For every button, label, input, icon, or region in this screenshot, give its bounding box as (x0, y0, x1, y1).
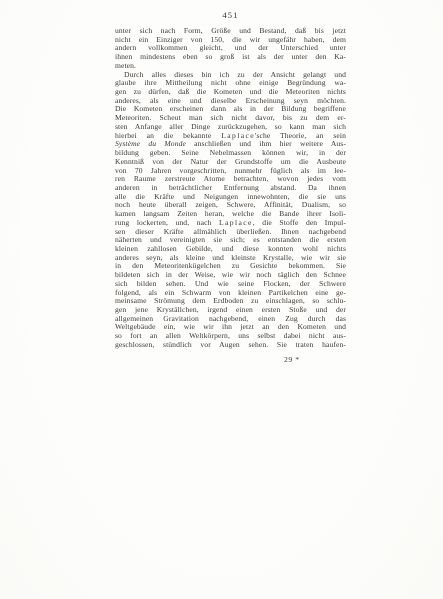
italic-book-title: Système du Monde (115, 140, 186, 148)
text-line: anderes, als eine und dieselbe Erscheinu… (115, 97, 346, 106)
text-segment: andern vollkommen gleicht, und der Unter… (115, 44, 346, 52)
text-segment: in den Meteoritenkügelchen zu Gesichte b… (115, 262, 346, 270)
text-segment: noch heute überall zeigen, Schwere, Affi… (115, 201, 346, 209)
text-segment: meinsame Strömung dem Erdboden zu einsch… (115, 297, 346, 305)
text-line: sich bilden sehen. Und wie seine Flocken… (115, 280, 346, 289)
text-line: Kenntniß von der Natur der Grundstoffe u… (115, 158, 346, 167)
text-segment: von 70 Jahren vorgeschritten, nunmehr fü… (115, 167, 346, 175)
text-segment: folgend, als ein Schwarm von kleinen Par… (115, 289, 346, 297)
text-segment: ihnen mindestens eben so groß ist als de… (115, 53, 346, 61)
text-line: allgemeinen Gravitation nachgebend, eine… (115, 315, 346, 324)
text-line: andern vollkommen gleicht, und der Unter… (115, 44, 346, 53)
text-segment: anderes seyn, als kleine und kleinste Kr… (115, 254, 346, 262)
text-segment: kleinen zahllosen Gebilde, und diese kon… (115, 245, 346, 253)
text-segment: kamen langsam Zeiten heran, welche die B… (115, 210, 346, 218)
text-line: sen dieser Kräfte allmählich überließen.… (115, 228, 346, 237)
text-segment: Kenntniß von der Natur der Grundstoffe u… (115, 158, 346, 166)
text-segment: meten. (115, 62, 136, 70)
text-line: meinsame Strömung dem Erdboden zu einsch… (115, 297, 346, 306)
text-line: ren Raume zerstreute Atome betrachten, w… (115, 175, 346, 184)
text-line: Meteoriten. Scheut man sich nicht davor,… (115, 114, 346, 123)
text-line: alle die Kräfte und Neigungen innewohnte… (115, 193, 346, 202)
text-line: Weltgebäude ein, wie wir ihn jetzt an de… (115, 323, 346, 332)
text-segment: unter sich nach Form, Größe und Bestand,… (115, 27, 346, 35)
sheet-signature: 29 * (115, 355, 346, 364)
text-segment: hierbei an die bekannte (115, 132, 221, 140)
text-segment: näherten und vereinigten sie sich; es en… (115, 236, 346, 244)
text-segment: alle die Kräfte und Neigungen innewohnte… (115, 193, 346, 201)
text-segment: , die Stoffe den Impul- (253, 219, 346, 227)
text-segment: Durch alles dieses bin ich zu der Ansich… (124, 71, 346, 79)
text-segment: bildung geben. Seine Nebelmassen können … (115, 149, 346, 157)
text-line: in den Meteoritenkügelchen zu Gesichte b… (115, 262, 346, 271)
text-segment: bildeten sich in der Weise, wie wir noch… (115, 271, 346, 279)
text-line: gen jene Kryställchen, irgend einen erst… (115, 306, 346, 315)
text-segment: Meteoriten. Scheut man sich nicht davor,… (115, 114, 346, 122)
letterspaced-name: Laplace (221, 132, 255, 140)
text-line: geschlossen, stündlich vor Augen sehen. … (115, 341, 346, 350)
text-segment: rung lockerten, und, nach (115, 219, 219, 227)
text-line: rung lockerten, und, nach Laplace, die S… (115, 219, 346, 228)
text-segment: 'sche Theorie, an sein (255, 132, 346, 140)
text-line: sten Anfange aller Dinge zurückzugehen, … (115, 123, 346, 132)
text-line: noch heute überall zeigen, Schwere, Affi… (115, 201, 346, 210)
text-line: näherten und vereinigten sie sich; es en… (115, 236, 346, 245)
text-segment: sen dieser Kräfte allmählich überließen.… (115, 228, 346, 236)
text-line: bildeten sich in der Weise, wie wir noch… (115, 271, 346, 280)
text-segment: anschließen und ihm hier weitere Aus- (186, 140, 346, 148)
text-line: ihnen mindestens eben so groß ist als de… (115, 53, 346, 62)
text-segment: glaube ihre Mittheilung nicht ohne einig… (115, 79, 346, 87)
text-line: anderen in beträchtlicher Entfernung abs… (115, 184, 346, 193)
text-segment: anderes, als eine und dieselbe Erscheinu… (115, 97, 346, 105)
text-block: unter sich nach Form, Größe und Bestand,… (115, 27, 346, 350)
text-line: unter sich nach Form, Größe und Bestand,… (115, 27, 346, 36)
text-line: bildung geben. Seine Nebelmassen können … (115, 149, 346, 158)
text-segment: sich bilden sehen. Und wie seine Flocken… (115, 280, 346, 288)
text-segment: Weltgebäude ein, wie wir ihn jetzt an de… (115, 323, 346, 331)
text-line: Die Kometen erscheinen dann als in der B… (115, 105, 346, 114)
text-line: anderes seyn, als kleine und kleinste Kr… (115, 254, 346, 263)
book-page-scan: 451 unter sich nach Form, Größe und Best… (0, 0, 443, 599)
text-line: so fort an allen Weltkörpern, uns selbst… (115, 332, 346, 341)
text-line: nicht ein Einziger von 150, die wir unge… (115, 36, 346, 45)
text-line: gen zu dürfen, daß die Kometen und die M… (115, 88, 346, 97)
letterspaced-name: Laplace (219, 219, 253, 227)
text-segment: ren Raume zerstreute Atome betrachten, w… (115, 175, 346, 183)
text-line: folgend, als ein Schwarm von kleinen Par… (115, 289, 346, 298)
page-number: 451 (115, 10, 346, 20)
text-line: Système du Monde anschließen und ihm hie… (115, 140, 346, 149)
text-line: kleinen zahllosen Gebilde, und diese kon… (115, 245, 346, 254)
text-line: Durch alles dieses bin ich zu der Ansich… (115, 71, 346, 80)
text-line: glaube ihre Mittheilung nicht ohne einig… (115, 79, 346, 88)
text-segment: gen zu dürfen, daß die Kometen und die M… (115, 88, 346, 96)
text-line: kamen langsam Zeiten heran, welche die B… (115, 210, 346, 219)
text-segment: gen jene Kryställchen, irgend einen erst… (115, 306, 346, 314)
text-line: hierbei an die bekannte Laplace'sche The… (115, 132, 346, 141)
text-line: von 70 Jahren vorgeschritten, nunmehr fü… (115, 167, 346, 176)
text-line: meten. (115, 62, 346, 71)
text-segment: geschlossen, stündlich vor Augen sehen. … (115, 341, 346, 349)
text-segment: nicht ein Einziger von 150, die wir unge… (115, 36, 346, 44)
text-segment: allgemeinen Gravitation nachgebend, eine… (115, 315, 346, 323)
text-segment: sten Anfange aller Dinge zurückzugehen, … (115, 123, 346, 131)
text-segment: anderen in beträchtlicher Entfernung abs… (115, 184, 346, 192)
text-segment: Die Kometen erscheinen dann als in der B… (115, 105, 346, 113)
text-segment: so fort an allen Weltkörpern, uns selbst… (115, 332, 346, 340)
